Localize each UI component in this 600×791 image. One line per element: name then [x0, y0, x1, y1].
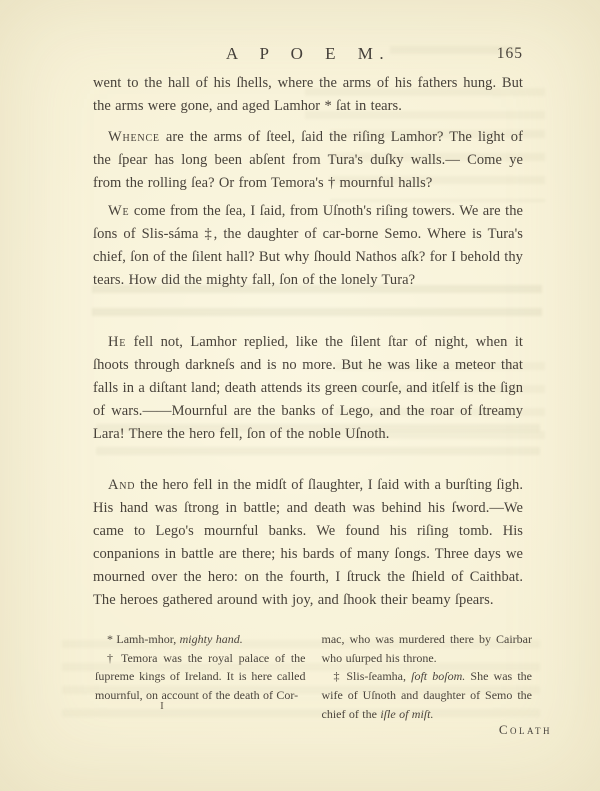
footnote-text: † Temora was the royal palace of the ſup… — [95, 651, 306, 702]
footnote-text: * Lamh-mhor, — [107, 632, 180, 646]
paragraph-text: come from the ſea, I ſaid, from Uſnoth's… — [93, 203, 523, 288]
paragraph-2: Whence are the arms of ſteel, ſaid the r… — [93, 126, 523, 195]
footnote-text: ‡ Slis-ſeamha, — [334, 669, 412, 683]
footnote-lamh-mhor: * Lamh-mhor, mighty hand. — [95, 630, 306, 649]
footnote-slis-seamha: ‡ Slis-ſeamha, ſoft boſom. She was the w… — [322, 667, 533, 723]
paragraph-lead-word: Whence — [108, 129, 160, 145]
paragraph-3: We come from the ſea, I ſaid, from Uſnot… — [93, 200, 523, 292]
paragraph-1: went to the hall of his ſhells, where th… — [93, 72, 523, 118]
signature-mark: I — [152, 700, 172, 712]
footnote-column-left: * Lamh-mhor, mighty hand. † Temora was t… — [95, 630, 306, 724]
paragraph-lead-word: We — [108, 203, 129, 219]
footnote-text-italic: mighty hand. — [180, 632, 243, 646]
footnote-temora: † Temora was the royal palace of the ſup… — [95, 649, 306, 705]
paragraph-text: the hero fell in the midſt of ſlaughter,… — [93, 477, 523, 608]
paragraph-text: went to the hall of his ſhells, where th… — [93, 75, 523, 114]
catchword: Colath — [499, 722, 552, 738]
footnote-text-italic: iſle of miſt. — [380, 707, 433, 721]
footnote-temora-continued: mac, who was murdered there by Cairbar w… — [322, 630, 533, 667]
paragraph-lead-word: And — [108, 477, 135, 493]
page-title: A P O E M. — [93, 44, 523, 64]
running-head: A P O E M. 165 — [93, 44, 523, 66]
paragraph-lead-word: He — [108, 334, 126, 350]
paragraph-text: fell not, Lamhor replied, like the ſilen… — [93, 334, 523, 442]
paragraph-4: He fell not, Lamhor replied, like the ſi… — [93, 331, 523, 446]
paragraph-5: And the hero fell in the midſt of ſlaugh… — [93, 474, 523, 612]
page-number: 165 — [497, 45, 523, 63]
footnote-text-italic: ſoft boſom. — [411, 669, 465, 683]
footnote-text: mac, who was murdered there by Cairbar w… — [322, 632, 533, 665]
footnote-column-right: mac, who was murdered there by Cairbar w… — [322, 630, 533, 724]
book-page: A P O E M. 165 went to the hall of his ſ… — [0, 0, 600, 791]
